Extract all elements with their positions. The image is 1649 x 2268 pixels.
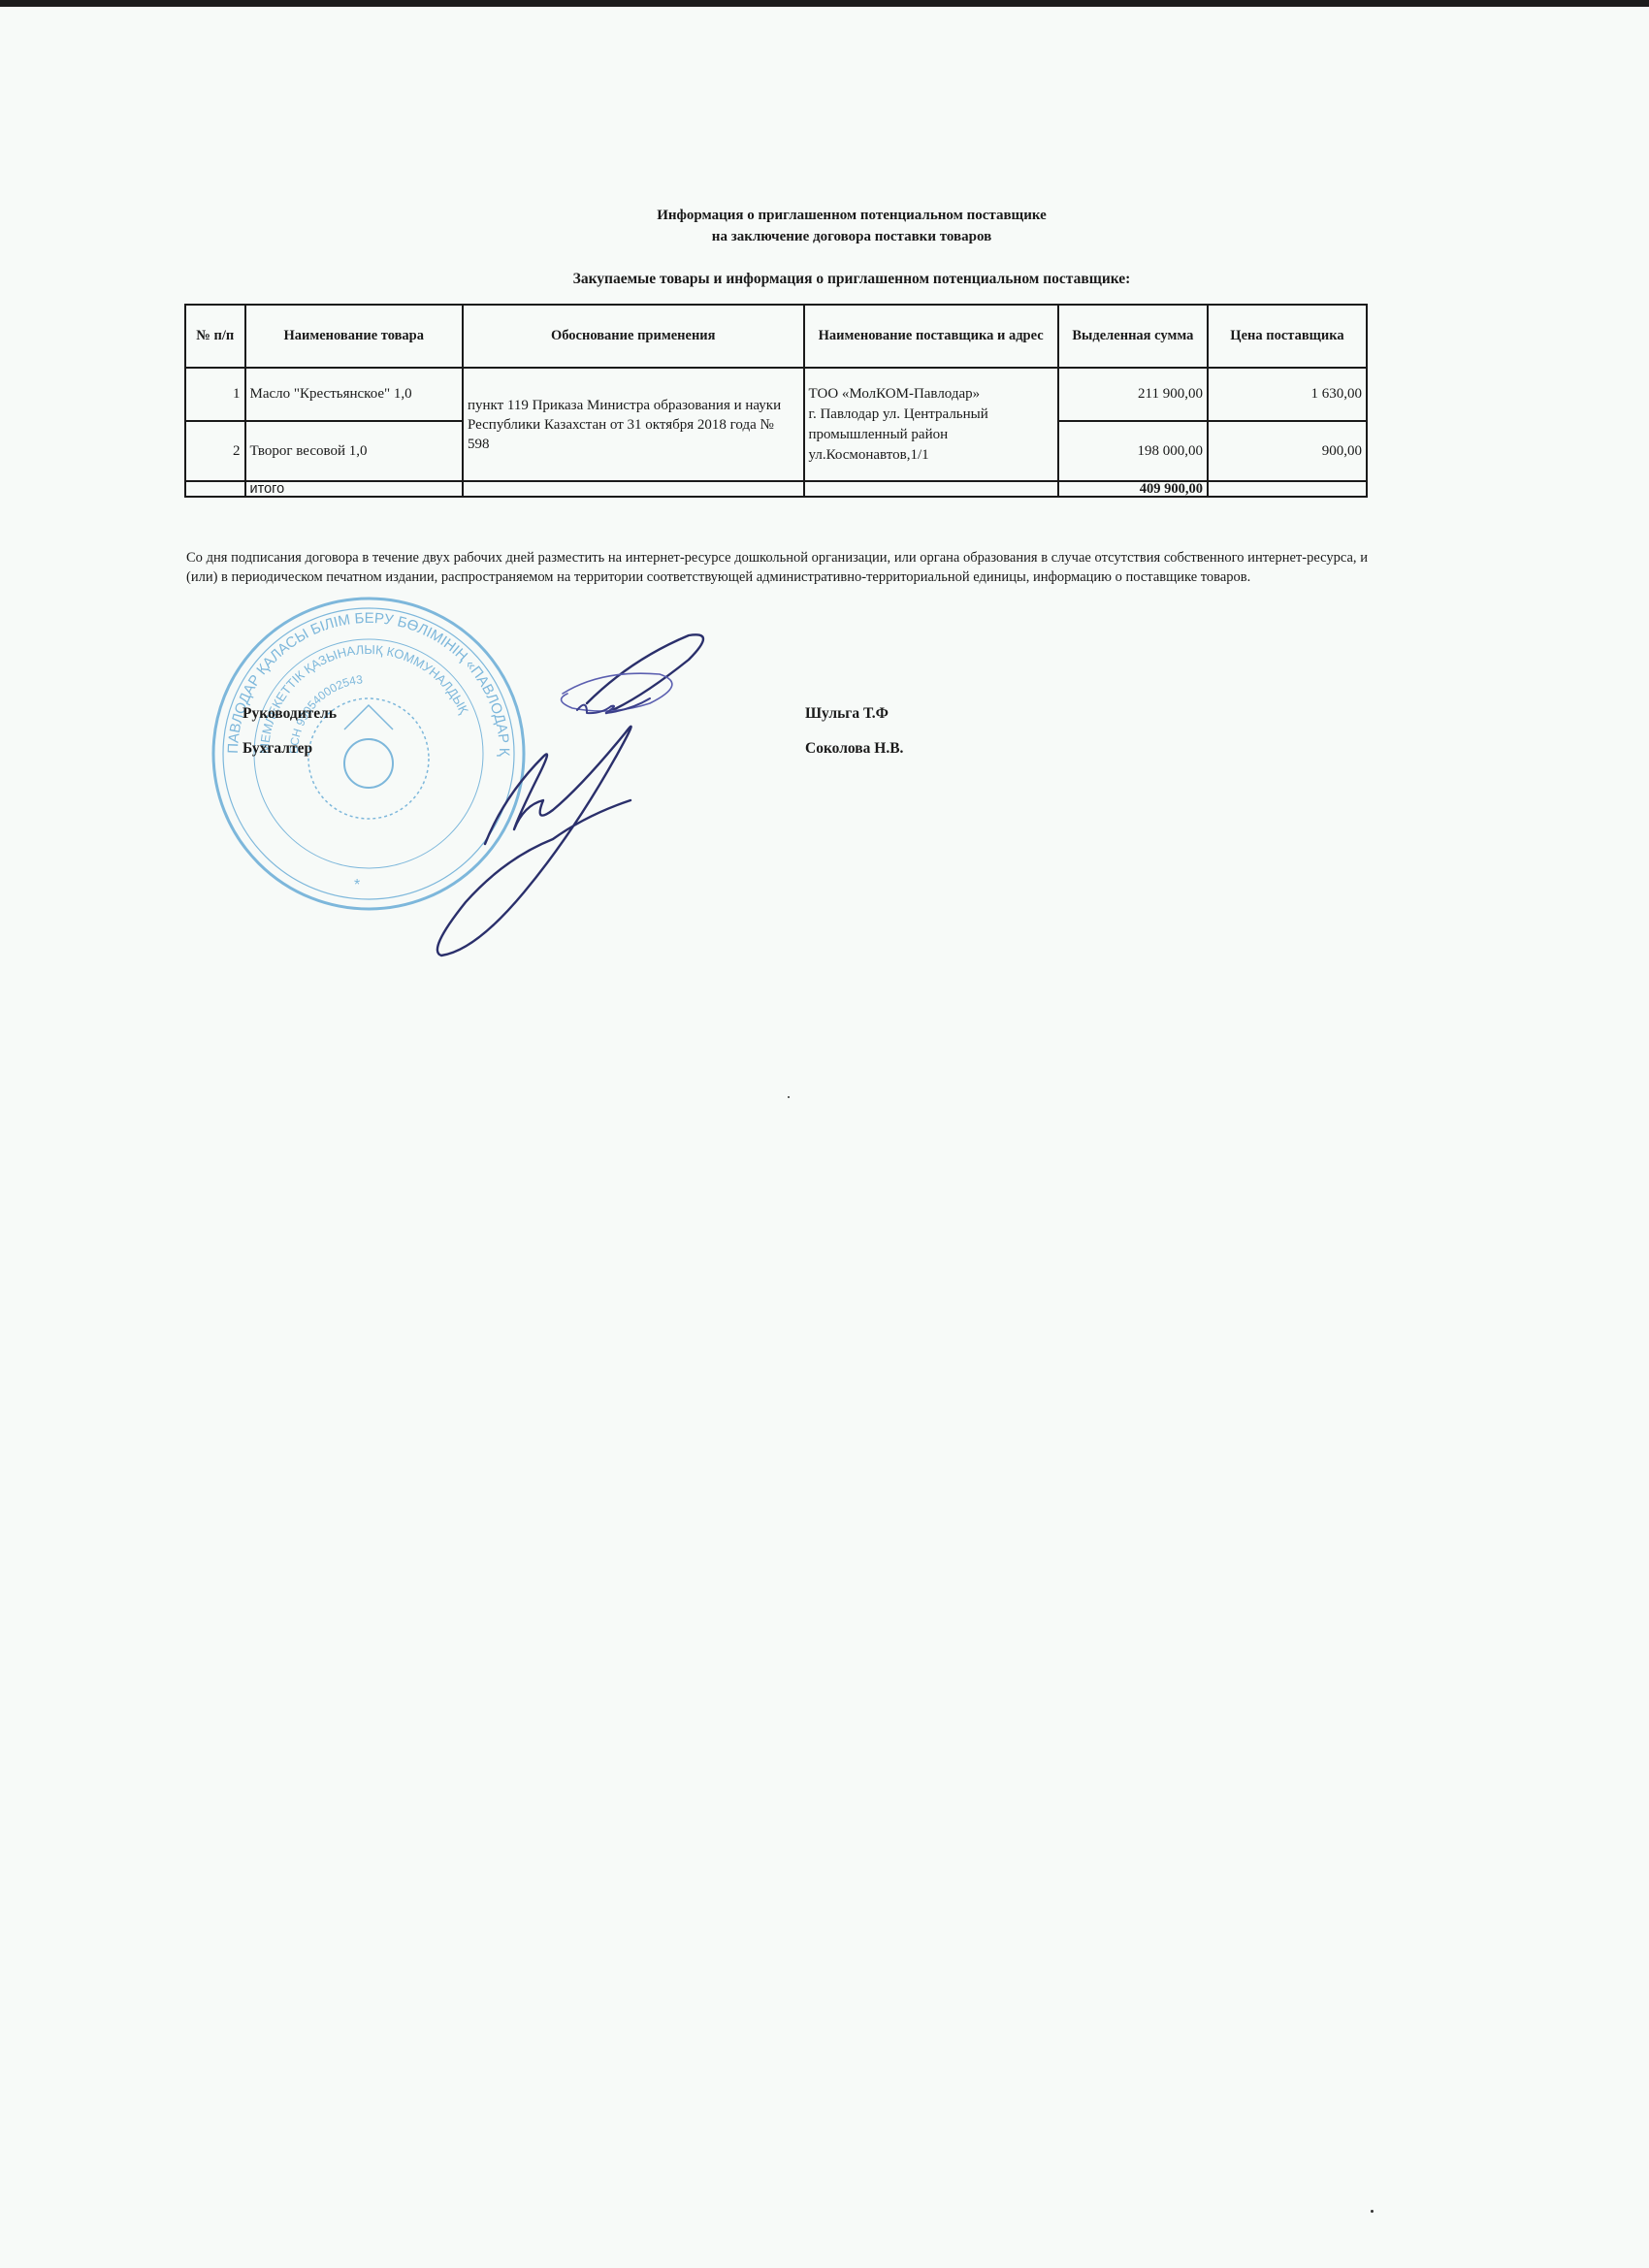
scan-edge (0, 0, 1649, 7)
total-value: 409 900,00 (1058, 481, 1208, 497)
supplier-address-line: ул.Космонавтов,1/1 (809, 445, 1053, 466)
col-header-item: Наименование товара (245, 305, 463, 368)
col-header-supplier: Наименование поставщика и адрес (804, 305, 1058, 368)
handwritten-signature-icon (407, 621, 718, 970)
supplier-price: 1 630,00 (1208, 368, 1367, 421)
allocated-amount: 211 900,00 (1058, 368, 1208, 421)
total-row: итого 409 900,00 (185, 481, 1367, 497)
total-label: итого (245, 481, 463, 497)
row-number: 1 (185, 368, 245, 421)
goods-table: № п/п Наименование товара Обоснование пр… (184, 304, 1368, 498)
allocated-amount: 198 000,00 (1058, 421, 1208, 481)
supplier-address-line: г. Павлодар ул. Центральный (809, 405, 1053, 425)
head-name: Шульга Т.Ф (805, 705, 889, 723)
document-title: Информация о приглашенном потенциальном … (0, 208, 1649, 224)
scan-speck (788, 1096, 790, 1098)
document-title-line2: на заключение договора поставки товаров (0, 229, 1649, 245)
table-header-row: № п/п Наименование товара Обоснование пр… (185, 305, 1367, 368)
accountant-name: Соколова Н.В. (805, 740, 903, 758)
justification: пункт 119 Приказа Министра образования и… (463, 368, 804, 481)
col-header-justification: Обоснование применения (463, 305, 804, 368)
total-empty (185, 481, 245, 497)
scan-speck (1371, 2210, 1374, 2213)
col-header-allocated: Выделенная сумма (1058, 305, 1208, 368)
item-name: Масло "Крестьянское" 1,0 (245, 368, 463, 421)
supplier-info: ТОО «МолКОМ-Павлодар» г. Павлодар ул. Це… (804, 368, 1058, 481)
total-empty (804, 481, 1058, 497)
col-header-price: Цена поставщика (1208, 305, 1367, 368)
head-label: Руководитель (242, 705, 337, 723)
item-name: Творог весовой 1,0 (245, 421, 463, 481)
total-empty (463, 481, 804, 497)
row-number: 2 (185, 421, 245, 481)
table-caption: Закупаемые товары и информация о приглаш… (0, 271, 1649, 288)
supplier-address-line: промышленный район (809, 425, 1053, 445)
supplier-price: 900,00 (1208, 421, 1367, 481)
col-header-number: № п/п (185, 305, 245, 368)
total-empty (1208, 481, 1367, 497)
svg-text:*: * (354, 877, 360, 893)
table-row: 1 Масло "Крестьянское" 1,0 пункт 119 При… (185, 368, 1367, 421)
notice-paragraph: Со дня подписания договора в течение дву… (186, 548, 1368, 587)
accountant-label: Бухгалтер (242, 740, 312, 758)
supplier-name: ТОО «МолКОМ-Павлодар» (809, 384, 1053, 405)
